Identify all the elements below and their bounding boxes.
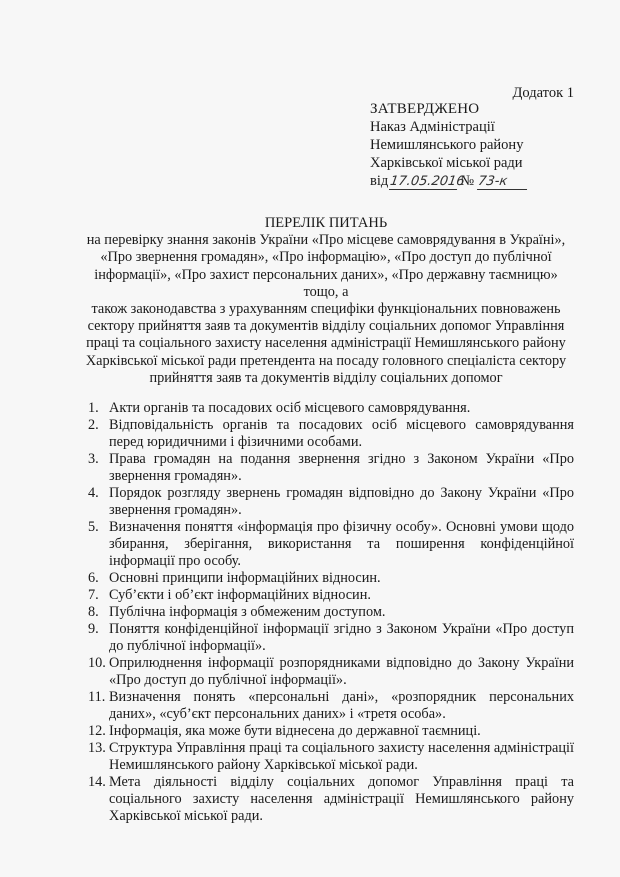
list-item: 12.Інформація, яка може бути віднесена д… xyxy=(88,723,574,740)
approval-date-line: від 17.05.2016 № 73-к xyxy=(370,172,528,190)
approval-line: Немишлянського району xyxy=(370,136,528,154)
list-item: 5.Визначення поняття «інформація про фіз… xyxy=(88,519,574,570)
subtitle-line: сектору прийняття заяв та документів від… xyxy=(84,318,568,335)
list-item: 1.Акти органів та посадових осіб місцево… xyxy=(88,400,574,417)
subtitle-line: «Про звернення громадян», «Про інформаці… xyxy=(84,249,568,266)
list-item: 11.Визначення понять «персональні дані»,… xyxy=(88,689,574,723)
item-text: Поняття конфіденційної інформації згідно… xyxy=(109,621,574,655)
approval-line: Наказ Адміністрації xyxy=(370,118,528,136)
item-number: 6. xyxy=(88,570,109,587)
subtitle-line: також законодавства з урахуванням специф… xyxy=(84,301,568,318)
item-text: Основні принципи інформаційних відносин. xyxy=(109,570,574,587)
handwritten-number: 73-к xyxy=(477,175,529,190)
item-text: Права громадян на подання звернення згід… xyxy=(109,451,574,485)
list-item: 13.Структура Управління праці та соціаль… xyxy=(88,740,574,774)
item-text: Мета діяльності відділу соціальних допом… xyxy=(109,774,574,825)
list-item: 7.Суб’єкти і об’єкт інформаційних віднос… xyxy=(88,587,574,604)
item-text: Визначення понять «персональні дані», «р… xyxy=(109,689,574,723)
item-text: Інформація, яка може бути віднесена до д… xyxy=(109,723,574,740)
questions-list: 1.Акти органів та посадових осіб місцево… xyxy=(88,400,574,825)
item-text: Акти органів та посадових осіб місцевого… xyxy=(109,400,574,417)
date-prefix: від xyxy=(370,172,388,190)
item-number: 12. xyxy=(88,723,109,740)
item-number: 13. xyxy=(88,740,109,774)
item-number: 5. xyxy=(88,519,109,570)
item-text: Структура Управління праці та соціальног… xyxy=(109,740,574,774)
list-item: 4.Порядок розгляду звернень громадян від… xyxy=(88,485,574,519)
item-number: 9. xyxy=(88,621,109,655)
subtitle-line: праці та соціального захисту населення а… xyxy=(84,335,568,352)
item-number: 10. xyxy=(88,655,109,689)
list-item: 6.Основні принципи інформаційних відноси… xyxy=(88,570,574,587)
item-text: Суб’єкти і об’єкт інформаційних відносин… xyxy=(109,587,574,604)
subtitle-line: інформації», «Про захист персональних да… xyxy=(84,267,568,301)
document-page: Додаток 1 ЗАТВЕРДЖЕНО Наказ Адміністраці… xyxy=(0,0,620,877)
list-item: 3.Права громадян на подання звернення зг… xyxy=(88,451,574,485)
item-text: Публічна інформація з обмеженим доступом… xyxy=(109,604,574,621)
subtitle-line: Харківської міської ради претендента на … xyxy=(84,353,568,370)
handwritten-date: 17.05.2016 xyxy=(389,175,459,190)
document-title: ПЕРЕЛІК ПИТАНЬ xyxy=(84,215,568,232)
item-number: 2. xyxy=(88,417,109,451)
list-item: 2.Відповідальність органів та посадових … xyxy=(88,417,574,451)
list-item: 8.Публічна інформація з обмеженим доступ… xyxy=(88,604,574,621)
item-number: 14. xyxy=(88,774,109,825)
subtitle-line: на перевірку знання законів України «Про… xyxy=(84,232,568,249)
list-item: 9.Поняття конфіденційної інформації згід… xyxy=(88,621,574,655)
item-number: 11. xyxy=(88,689,109,723)
item-number: 1. xyxy=(88,400,109,417)
item-number: 4. xyxy=(88,485,109,519)
item-text: Порядок розгляду звернень громадян відпо… xyxy=(109,485,574,519)
approval-heading: ЗАТВЕРДЖЕНО xyxy=(370,100,528,118)
item-text: Визначення поняття «інформація про фізич… xyxy=(109,519,574,570)
item-text: Оприлюднення інформації розпорядниками в… xyxy=(109,655,574,689)
document-heading: ПЕРЕЛІК ПИТАНЬ на перевірку знання закон… xyxy=(84,215,568,387)
item-number: 7. xyxy=(88,587,109,604)
approval-stamp: ЗАТВЕРДЖЕНО Наказ Адміністрації Немишлян… xyxy=(370,100,528,190)
item-number: 3. xyxy=(88,451,109,485)
item-number: 8. xyxy=(88,604,109,621)
subtitle-line: прийняття заяв та документів відділу соц… xyxy=(84,370,568,387)
approval-line: Харківської міської ради xyxy=(370,154,528,172)
list-item: 10.Оприлюднення інформації розпорядникам… xyxy=(88,655,574,689)
item-text: Відповідальність органів та посадових ос… xyxy=(109,417,574,451)
list-item: 14.Мета діяльності відділу соціальних до… xyxy=(88,774,574,825)
